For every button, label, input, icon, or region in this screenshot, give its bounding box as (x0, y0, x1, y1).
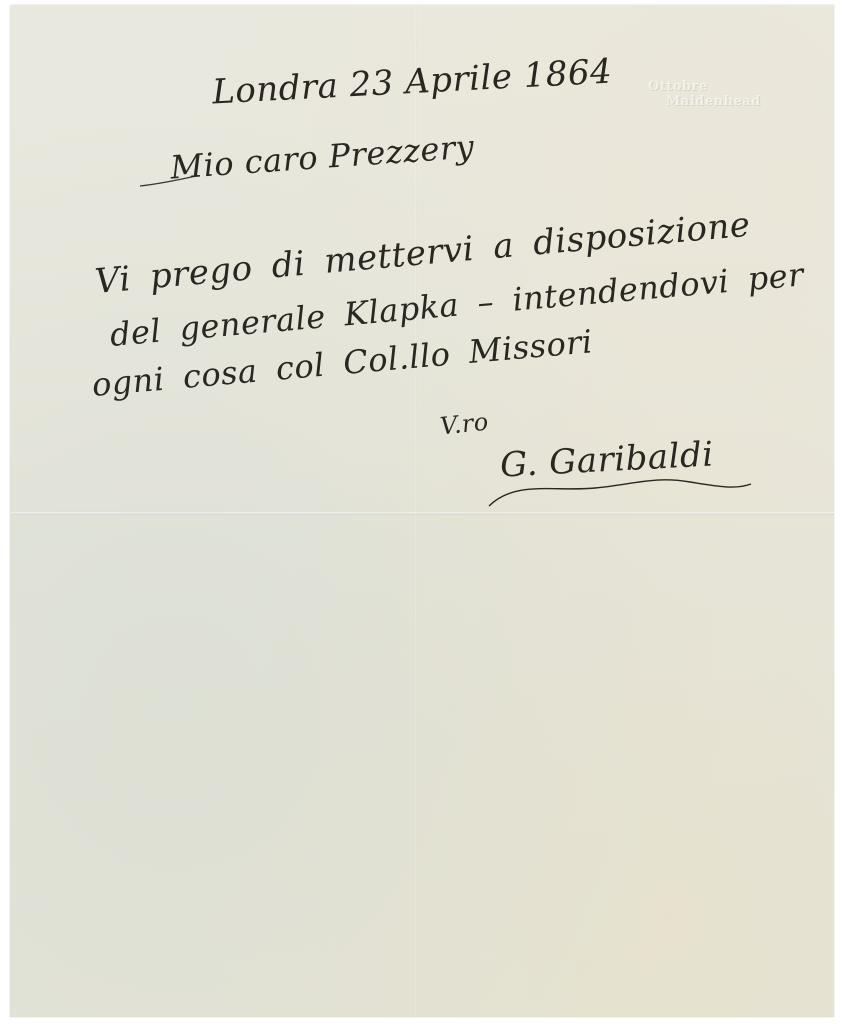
embossed-stamp-line1: Ottobre (648, 79, 818, 94)
horizontal-fold-crease (10, 512, 834, 515)
signature-flourish (485, 470, 755, 510)
embossed-stamp: Ottobre Maidenhead (648, 79, 818, 109)
embossed-stamp-line2: Maidenhead (648, 94, 818, 109)
closing: V.ro (439, 408, 490, 441)
